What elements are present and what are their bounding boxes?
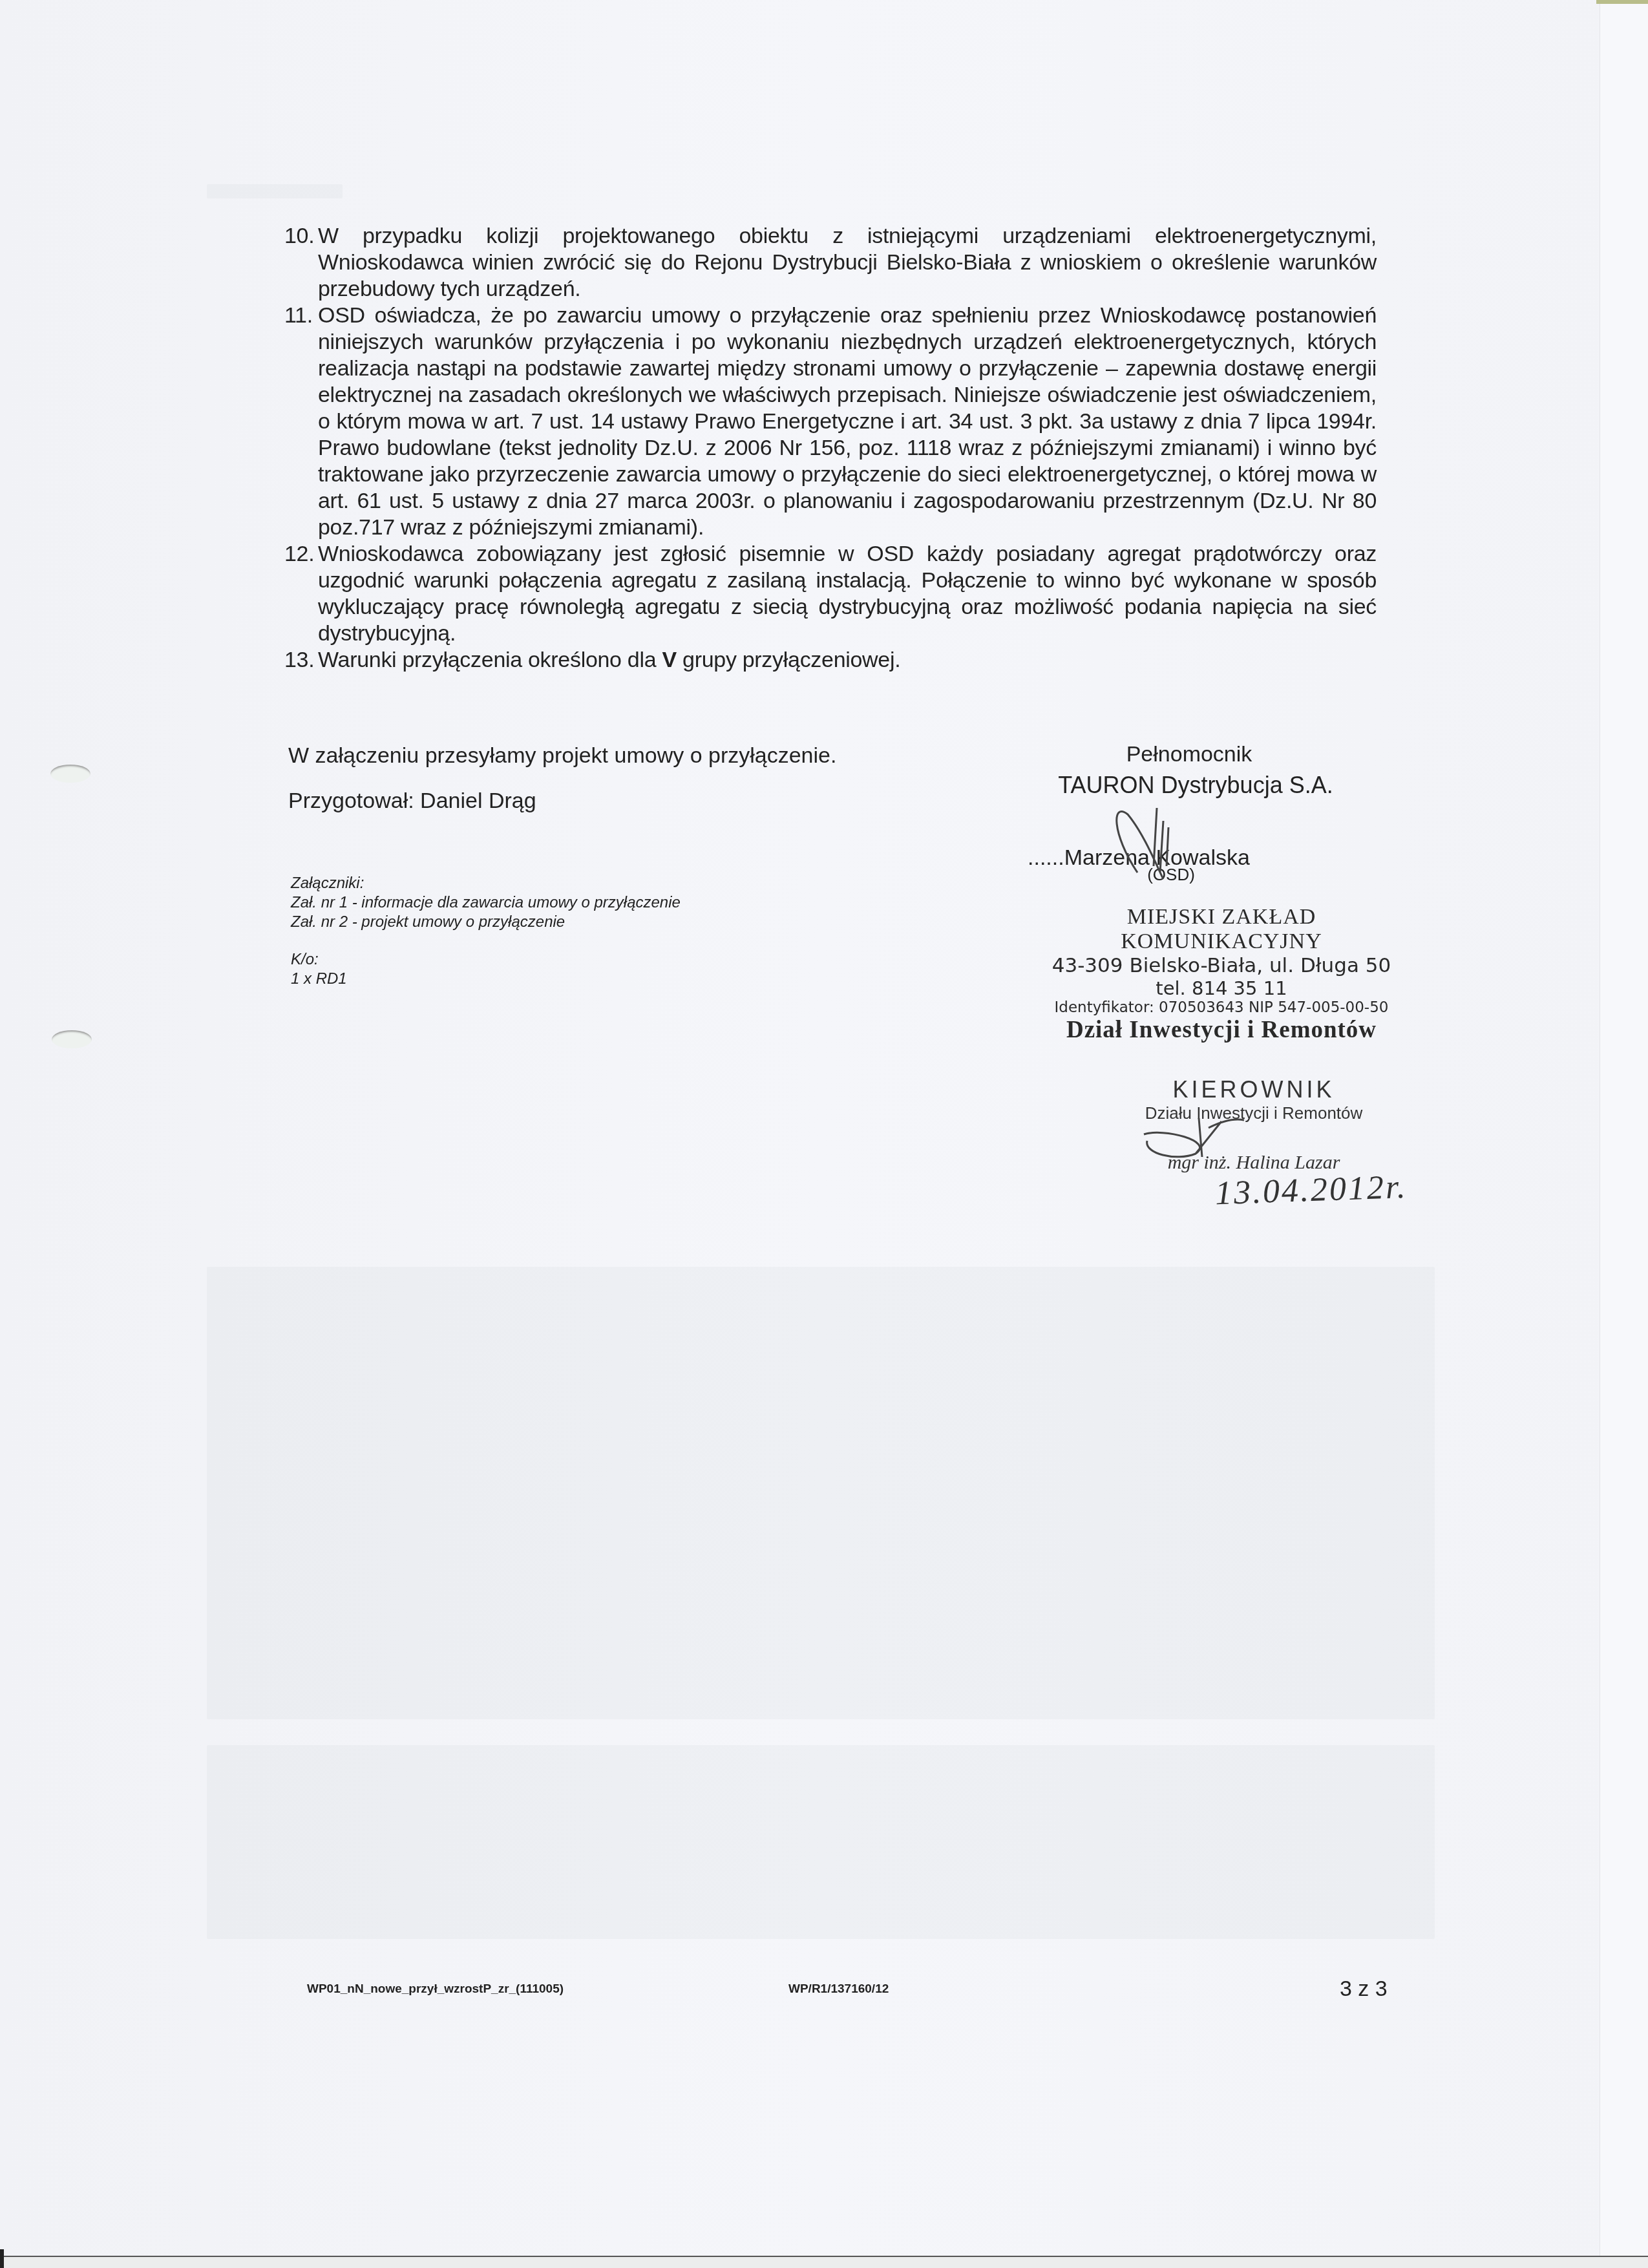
footer-case-number: WP/R1/137160/12 [788,1982,889,1997]
conditions-list: 10. W przypadku kolizji projektowanego o… [284,223,1377,673]
attachment-item: Zał. nr 2 - projekt umowy o przyłączenie [291,913,565,932]
scanned-page: 10. W przypadku kolizji projektowanego o… [0,0,1648,2268]
manager-department: Działu Inwestycji i Remontów [1086,1103,1422,1123]
prepared-by: Przygotował: Daniel Drąg [288,789,536,814]
condition-item: 11. OSD oświadcza, że po zawarciu umowy … [284,302,1377,541]
footer-template-id: WP01_nN_nowe_przył_wzrostP_zr_(111005) [307,1982,564,1997]
company-stamp: MIEJSKI ZAKŁAD KOMUNIKACYJNY 43-309 Biel… [1028,905,1415,1044]
connection-group: V [662,648,677,672]
attachment-item: Zał. nr 1 - informacje dla zawarcia umow… [291,893,681,913]
scan-edge-artifact [0,2249,4,2268]
signature-icon [1137,1115,1254,1167]
enclosure-note: W załączeniu przesyłamy projekt umowy o … [288,743,836,768]
stamp-ids: Identyfikator: 070503643 NIP 547-005-00-… [1028,999,1415,1016]
item-text: W przypadku kolizji projektowanego obiek… [318,223,1377,302]
bleed-through [207,1267,1435,1719]
condition-item: 12. Wnioskodawca zobowiązany jest zgłosi… [284,541,1377,647]
manager-stamp: KIEROWNIK Działu Inwestycji i Remontów m… [1086,1076,1422,1174]
cc-label: K/o: [291,950,319,970]
footer-page-number: 3 z 3 [1340,1977,1388,2002]
signature-icon [1099,795,1189,892]
signatory-role: Pełnomocnik [1021,742,1357,767]
stamp-phone: tel. 814 35 11 [1028,977,1415,999]
condition-item: 10. W przypadku kolizji projektowanego o… [284,223,1377,302]
signatory-company: TAURON Dystrybucja S.A. [1021,772,1370,799]
manager-title: KIEROWNIK [1086,1076,1422,1103]
item-text-part: Warunki przyłączenia określono dla [318,648,662,672]
item-text: Wnioskodawca zobowiązany jest zgłosić pi… [318,541,1377,647]
item-number: 13. [284,647,318,673]
page-edge-bottom [0,2256,1648,2268]
handwritten-date: 13.04.2012r. [1214,1168,1408,1213]
cc-value: 1 x RD1 [291,970,347,989]
stamp-address: 43-309 Bielsko-Biała, ul. Długa 50 [1028,954,1415,977]
item-text: OSD oświadcza, że po zawarciu umowy o pr… [318,302,1377,541]
item-text-part: grupy przyłączeniowej. [677,648,900,672]
page-edge-right [1600,0,1648,2268]
stamp-company: MIEJSKI ZAKŁAD KOMUNIKACYJNY [1028,905,1415,954]
item-number: 10. [284,223,318,302]
bleed-through [207,184,343,198]
punch-hole-icon [52,1030,92,1048]
item-number: 12. [284,541,318,647]
stamp-department: Dział Inwestycji i Remontów [1028,1016,1415,1044]
bleed-through [207,1745,1435,1939]
punch-hole-icon [50,765,90,783]
attachments-heading: Załączniki: [291,874,364,893]
item-number: 11. [284,302,318,541]
scan-edge-artifact [1596,0,1648,4]
condition-item: 13. Warunki przyłączenia określono dla V… [284,647,1377,673]
item-text: Warunki przyłączenia określono dla V gru… [318,647,1377,673]
